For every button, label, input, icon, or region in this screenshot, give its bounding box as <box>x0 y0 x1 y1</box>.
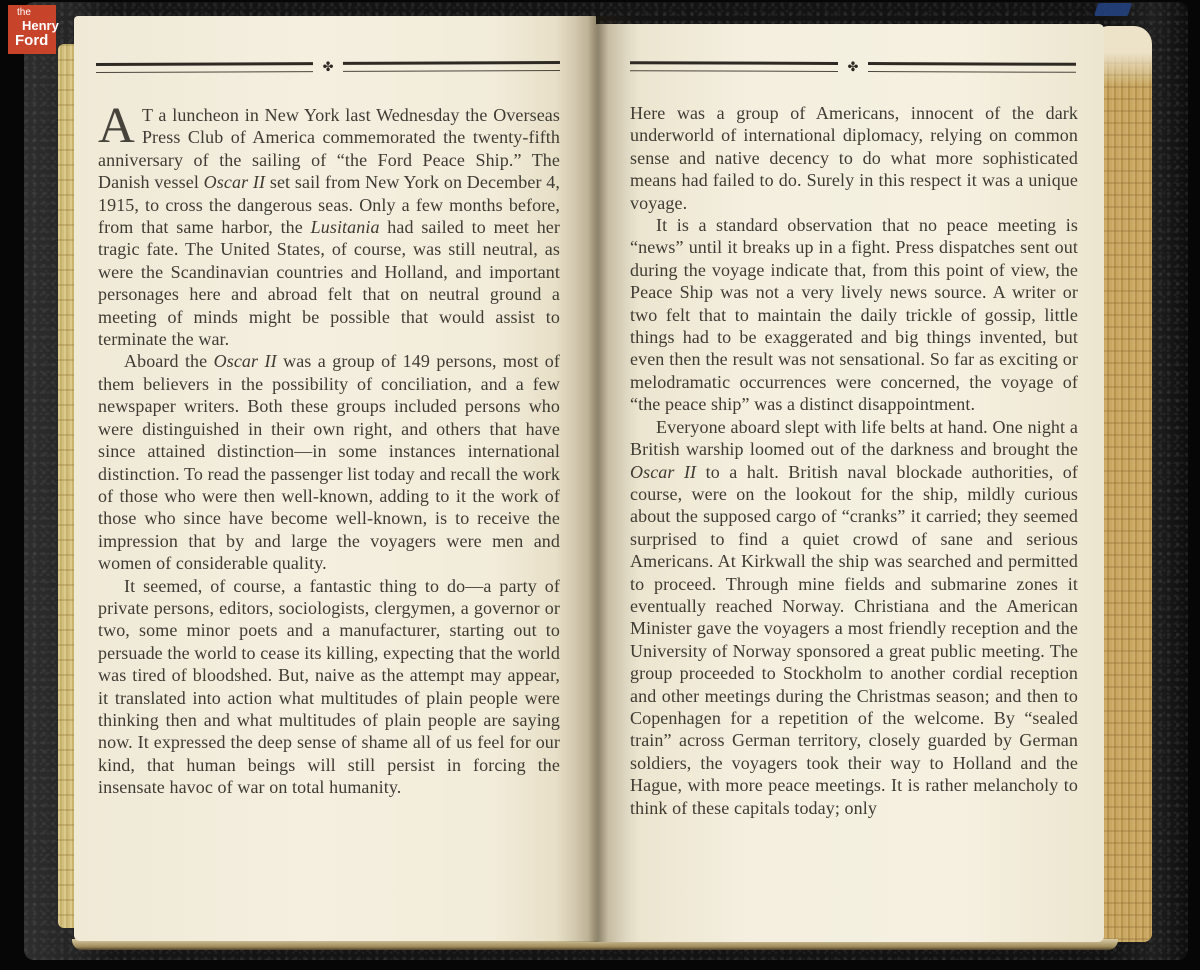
paragraph: Everyone aboard slept with life belts at… <box>630 416 1078 819</box>
henry-ford-logo: the Henry Ford <box>8 5 56 54</box>
head-ornament: ✤ <box>96 59 560 74</box>
floret-icon: ✤ <box>848 60 859 73</box>
paragraph: It seemed, of course, a fantastic thing … <box>98 575 560 799</box>
paragraph: Here was a group of Americans, innocent … <box>630 102 1078 214</box>
ornament-rule <box>868 62 1076 73</box>
ornament-rule <box>630 61 838 72</box>
right-page-text: Here was a group of Americans, innocent … <box>630 102 1078 819</box>
book-photograph: ✤ AT a luncheon in New York last Wednesd… <box>0 0 1200 970</box>
head-ornament: ✤ <box>630 59 1076 74</box>
page-stack-edge-right <box>1098 26 1152 942</box>
drop-cap: A <box>98 104 142 146</box>
ornament-rule <box>96 62 313 73</box>
right-page: ✤ Here was a group of Americans, innocen… <box>596 24 1104 942</box>
logo-text-ford: Ford <box>15 32 48 49</box>
paragraph: Aboard the Oscar II was a group of 149 p… <box>98 350 560 574</box>
bookmark-ribbon <box>1094 3 1132 16</box>
floret-icon: ✤ <box>323 60 334 73</box>
logo-text-the: the <box>17 7 31 18</box>
logo-text-henry: Henry <box>22 18 59 33</box>
left-page-text: AT a luncheon in New York last Wednesday… <box>98 104 560 799</box>
paragraph: It is a standard observation that no pea… <box>630 214 1078 416</box>
left-page: ✤ AT a luncheon in New York last Wednesd… <box>74 16 596 941</box>
ornament-rule <box>343 60 560 71</box>
paragraph: AT a luncheon in New York last Wednesday… <box>98 104 560 350</box>
